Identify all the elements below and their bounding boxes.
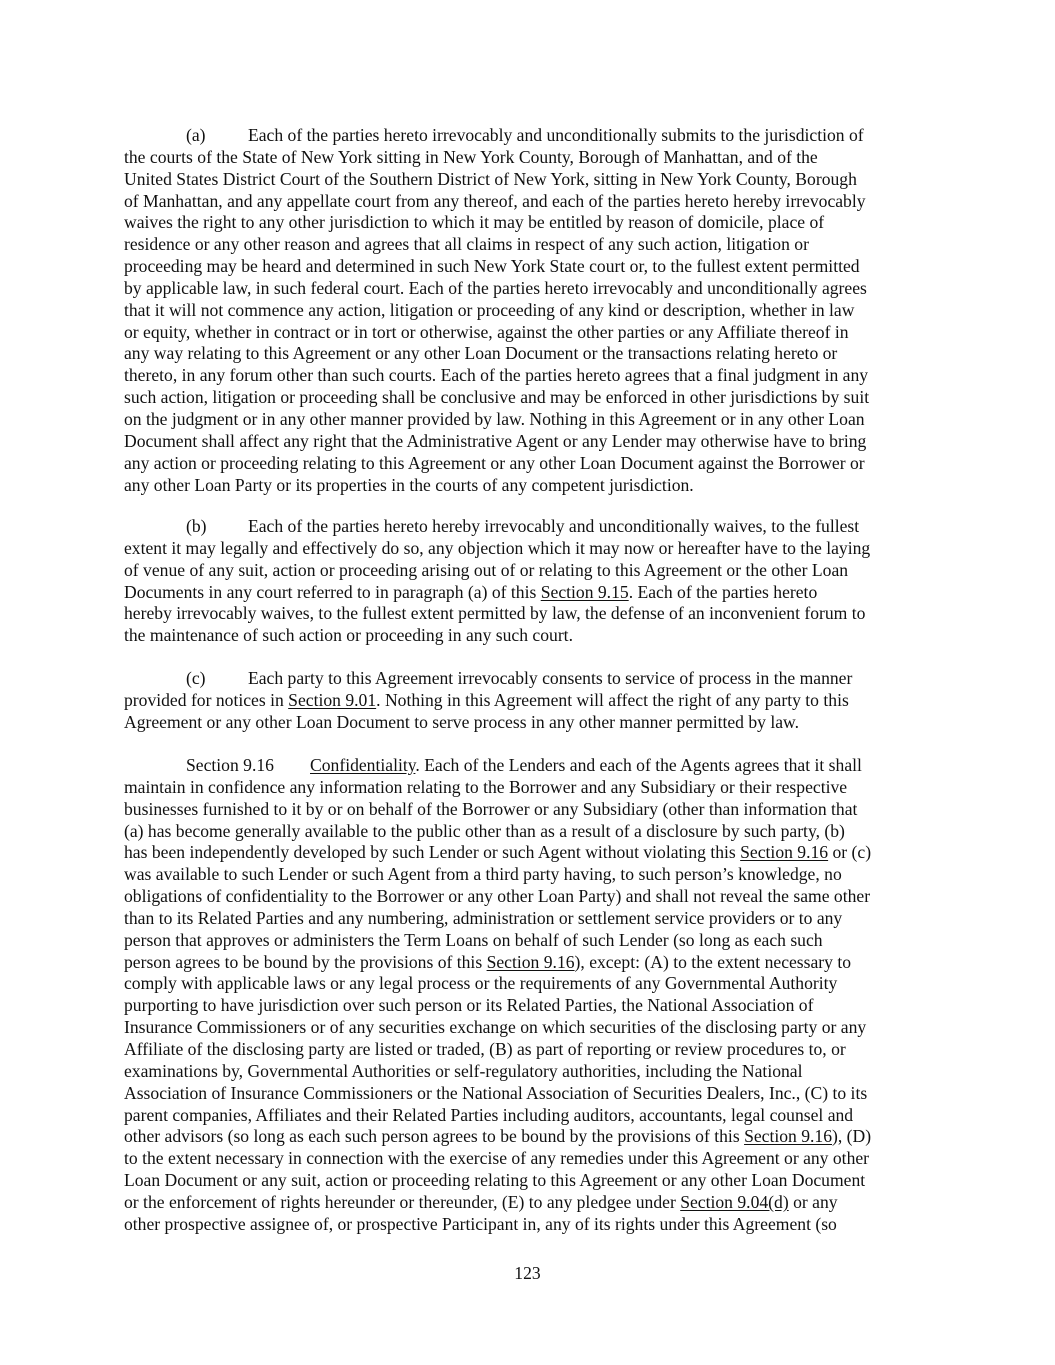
text-line: other prospective assignee of, or prospe…	[124, 1214, 944, 1236]
text-line: person that approves or administers the …	[124, 930, 944, 952]
text-line: any way relating to this Agreement or an…	[124, 343, 944, 365]
text-line: or the enforcement of rights hereunder o…	[124, 1192, 944, 1214]
text-line: extent it may legally and effectively do…	[124, 538, 944, 560]
section-heading: Confidentiality	[310, 755, 415, 775]
text-line: has been independently developed by such…	[124, 842, 944, 864]
text-line: on the judgment or in any other manner p…	[124, 409, 944, 431]
text-line: of Manhattan, and any appellate court fr…	[124, 191, 944, 213]
text-line: such action, litigation or proceeding sh…	[124, 387, 944, 409]
section-9-16: Section 9.16Confidentiality. Each of the…	[124, 755, 944, 1236]
text-line: obligations of confidentiality to the Bo…	[124, 886, 944, 908]
text-line: by applicable law, in such federal court…	[124, 278, 944, 300]
text-line: thereto, in any forum other than such co…	[124, 365, 944, 387]
text-line: businesses furnished to it by or on beha…	[124, 799, 944, 821]
paragraph-label: (b)	[186, 516, 248, 538]
text-line: United States District Court of the Sout…	[124, 169, 944, 191]
paragraph-b: (b)Each of the parties hereto hereby irr…	[124, 516, 944, 647]
section-reference-link[interactable]: Section 9.16	[487, 952, 575, 972]
text-line: the courts of the State of New York sitt…	[124, 147, 944, 169]
text-line: Insurance Commissioners or of any securi…	[124, 1017, 944, 1039]
section-reference-link[interactable]: Section 9.01	[288, 690, 376, 710]
text-line: parent companies, Affiliates and their R…	[124, 1105, 944, 1127]
text-line: examinations by, Governmental Authoritie…	[124, 1061, 944, 1083]
paragraph-a: (a)Each of the parties hereto irrevocabl…	[124, 125, 944, 496]
text-line: comply with applicable laws or any legal…	[124, 973, 944, 995]
text-line: of venue of any suit, action or proceedi…	[124, 560, 944, 582]
text-line: (c)Each party to this Agreement irrevoca…	[124, 668, 944, 690]
section-reference-link[interactable]: Section 9.15	[541, 582, 629, 602]
paragraph-label: (a)	[186, 125, 248, 147]
page-number: 123	[0, 1262, 1055, 1284]
text-line: or equity, whether in contract or in tor…	[124, 322, 944, 344]
text-line: provided for notices in Section 9.01. No…	[124, 690, 944, 712]
text-line: (b)Each of the parties hereto hereby irr…	[124, 516, 944, 538]
text-line: proceeding may be heard and determined i…	[124, 256, 944, 278]
text-line: hereby irrevocably waives, to the fulles…	[124, 603, 944, 625]
text-line: Association of Insurance Commissioners o…	[124, 1083, 944, 1105]
text-line: was available to such Lender or such Age…	[124, 864, 944, 886]
text-line: Agreement or any other Loan Document to …	[124, 712, 944, 734]
text-line: maintain in confidence any information r…	[124, 777, 944, 799]
text-line: Document shall affect any right that the…	[124, 431, 944, 453]
text-line: to the extent necessary in connection wi…	[124, 1148, 944, 1170]
section-reference-link[interactable]: Section 9.16	[744, 1126, 832, 1146]
text-line: person agrees to be bound by the provisi…	[124, 952, 944, 974]
document-page: (a)Each of the parties hereto irrevocabl…	[0, 0, 1055, 1365]
text-line: (a)Each of the parties hereto irrevocabl…	[124, 125, 944, 147]
text-line: the maintenance of such action or procee…	[124, 625, 944, 647]
text-line: any other Loan Party or its properties i…	[124, 475, 944, 497]
text-line: Documents in any court referred to in pa…	[124, 582, 944, 604]
text-line: that it will not commence any action, li…	[124, 300, 944, 322]
text-line: any action or proceeding relating to thi…	[124, 453, 944, 475]
section-number: Section 9.16	[186, 755, 310, 777]
text-line: Affiliate of the disclosing party are li…	[124, 1039, 944, 1061]
section-reference-link[interactable]: Section 9.04(d)	[680, 1192, 788, 1212]
section-reference-link[interactable]: Section 9.16	[740, 842, 828, 862]
text-line: Section 9.16Confidentiality. Each of the…	[124, 755, 944, 777]
text-line: other advisors (so long as each such per…	[124, 1126, 944, 1148]
text-line: than to its Related Parties and any numb…	[124, 908, 944, 930]
paragraph-c: (c)Each party to this Agreement irrevoca…	[124, 668, 944, 734]
text-line: (a) has become generally available to th…	[124, 821, 944, 843]
text-line: purporting to have jurisdiction over suc…	[124, 995, 944, 1017]
text-line: Loan Document or any suit, action or pro…	[124, 1170, 944, 1192]
paragraph-label: (c)	[186, 668, 248, 690]
text-line: residence or any other reason and agrees…	[124, 234, 944, 256]
text-line: waives the right to any other jurisdicti…	[124, 212, 944, 234]
